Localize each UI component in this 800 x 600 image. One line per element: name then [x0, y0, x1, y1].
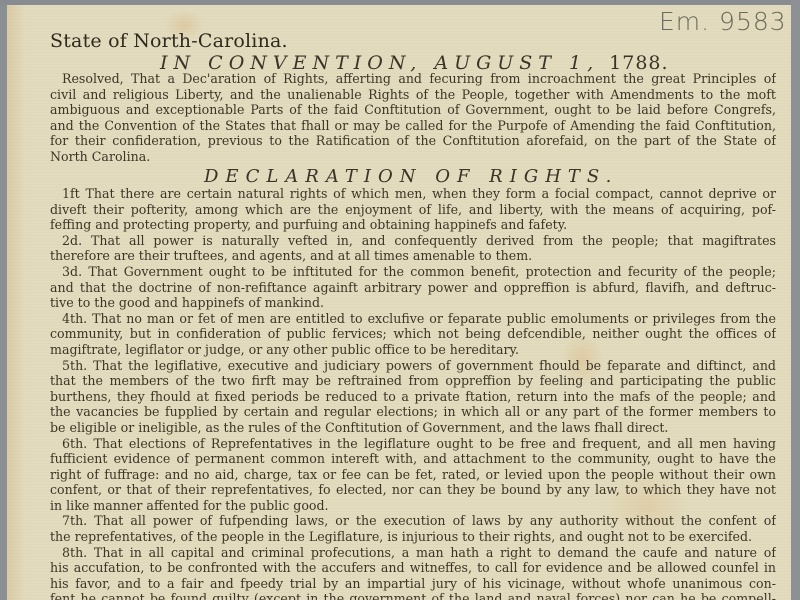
article-line: fent he cannot be found guilty (except i… [50, 591, 776, 600]
state-title: State of North-Carolina. [50, 30, 288, 52]
article-line: feffing and protecting property, and pur… [50, 217, 776, 233]
shelfmark-annotation: Em. 9583 [659, 7, 787, 36]
resolved-paragraph: Resolved, That a Dec'aration of Rights, … [50, 71, 776, 165]
resolved-line: civil and religious Liberty, and the una… [50, 87, 776, 103]
declaration-title: DECLARATION OF RIGHTS. [204, 166, 618, 187]
article-line: his accufation, to be confronted with th… [50, 560, 776, 576]
article-line: the vacancies be fupplied by certain and… [50, 404, 776, 420]
resolved-line: Resolved, That a Dec'aration of Rights, … [50, 71, 776, 87]
article-line: confent, or that of their reprefentative… [50, 482, 776, 498]
article-line: 1ft That there are certain natural right… [50, 186, 776, 202]
article-line: 4th. That no man or fet of men are entit… [50, 311, 776, 327]
article-line: 2d. That all power is naturally vefted i… [50, 233, 776, 249]
resolved-line: ambiguous and exceptionable Parts of the… [50, 102, 776, 118]
article-line: diveft their pofterity, among which are … [50, 202, 776, 218]
article-line: be eligible or ineligible, as the rules … [50, 420, 776, 436]
resolved-line: for their confideration, previous to the… [50, 133, 776, 149]
article-line: his favor, and to a fair and fpeedy tria… [50, 576, 776, 592]
article-line: tive to the good and happinefs of mankin… [50, 295, 776, 311]
article-line: burthens, they fhould at fixed periods b… [50, 389, 776, 405]
scan-border-right [791, 0, 800, 600]
article-line: and that the doctrine of non-refiftance … [50, 280, 776, 296]
resolved-line: and the Convention of the States that fh… [50, 118, 776, 134]
article-line: 3d. That Government ought to be inftitut… [50, 264, 776, 280]
resolved-line: North Carolina. [50, 149, 776, 165]
article-line: that the members of the two firft may be… [50, 373, 776, 389]
article-line: in like manner affented for the public g… [50, 498, 776, 514]
article-line: 5th. That the legiflative, executive and… [50, 358, 776, 374]
article-line: magiftrate, legiflator or judge, or any … [50, 342, 776, 358]
articles-section: 1ft That there are certain natural right… [50, 186, 776, 600]
article-line: 6th. That elections of Reprefentatives i… [50, 436, 776, 452]
article-line: right of fuffrage: and no aid, charge, t… [50, 467, 776, 483]
article-line: 7th. That all power of fufpending laws, … [50, 513, 776, 529]
article-line: community, but in confideration of publi… [50, 326, 776, 342]
article-line: fufficient evidence of permanent common … [50, 451, 776, 467]
document-page: Em. 9583 State of North-Carolina. IN CON… [7, 5, 791, 600]
article-line: the reprefentatives, of the people in th… [50, 529, 776, 545]
article-line: 8th. That in all capital and criminal pr… [50, 545, 776, 561]
article-line: therefore are their truftees, and agents… [50, 248, 776, 264]
